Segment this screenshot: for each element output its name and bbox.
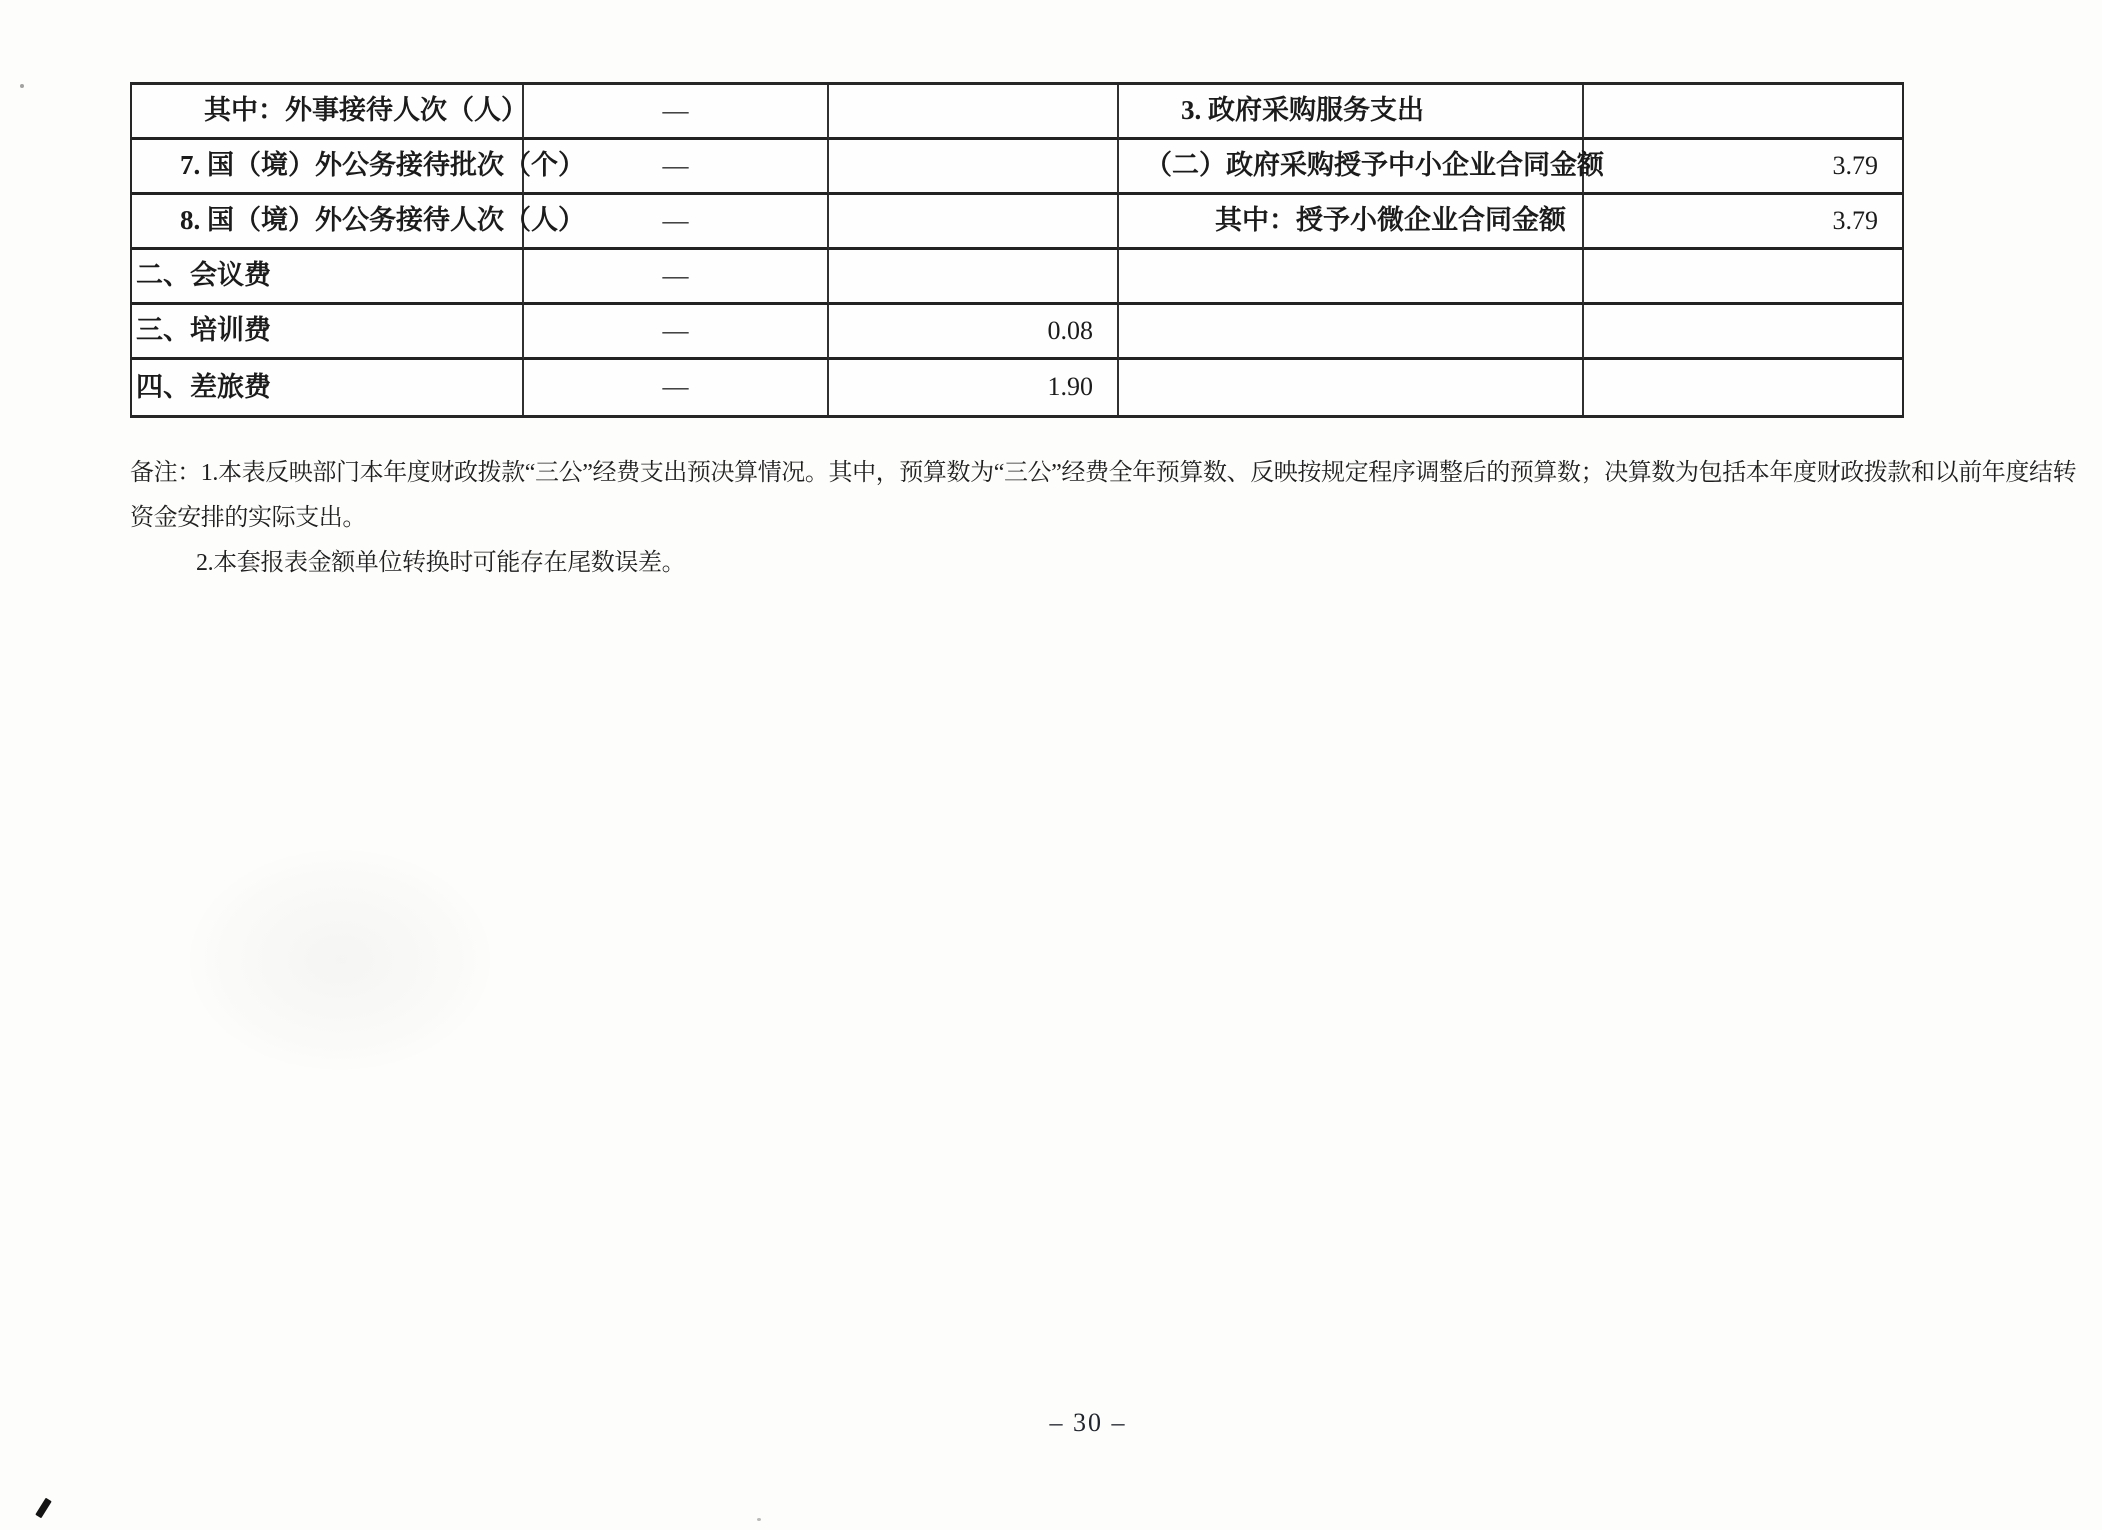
table-cell-procurement-label [1119,250,1584,305]
table-cell-item-label: 其中：外事接待人次（人） [132,85,524,140]
table-cell-amount-value: 3.79 [1584,140,1902,195]
table-cell-budget-value: — [524,250,829,305]
table-cell-amount-value: 3.79 [1584,195,1902,250]
table-cell-final-value: 1.90 [829,360,1119,415]
table-cell-amount-value [1584,360,1902,415]
table-cell-amount-value [1584,250,1902,305]
table-cell-procurement-label: 3. 政府采购服务支出 [1119,85,1584,140]
table-cell-item-label: 四、差旅费 [132,360,524,415]
table-cell-procurement-label: 其中：授予小微企业合同金额 [1119,195,1584,250]
table-cell-budget-value: — [524,195,829,250]
scanned-document-page: 其中：外事接待人次（人） — 3. 政府采购服务支出 7. 国（境）外公务接待批… [0,0,2102,1530]
table-cell-item-label: 7. 国（境）外公务接待批次（个） [132,140,524,195]
note-line-2: 资金安排的实际支出。 [130,497,366,532]
table-cell-budget-value: — [524,85,829,140]
table-cell-final-value [829,195,1119,250]
table-cell-final-value [829,85,1119,140]
table-cell-item-label: 8. 国（境）外公务接待人次（人） [132,195,524,250]
table-cell-final-value [829,140,1119,195]
table-cell-budget-value: — [524,140,829,195]
table-cell-final-value: 0.08 [829,305,1119,360]
three-public-expense-table: 其中：外事接待人次（人） — 3. 政府采购服务支出 7. 国（境）外公务接待批… [130,82,1904,418]
scan-speck-dot [20,84,24,88]
table-cell-final-value [829,250,1119,305]
note-line-1: 备注：1.本表反映部门本年度财政拨款“三公”经费支出预决算情况。其中，预算数为“… [130,452,2076,487]
table-cell-procurement-label [1119,305,1584,360]
table-cell-amount-value [1584,305,1902,360]
table-cell-item-label: 二、会议费 [132,250,524,305]
note-line-3: 2.本套报表金额单位转换时可能存在尾数误差。 [196,542,685,577]
stamp-smudge-artifact [190,850,490,1070]
table-cell-procurement-label: （二）政府采购授予中小企业合同金额 [1119,140,1584,195]
scan-speck-dot [757,1518,761,1521]
table-cell-budget-value: — [524,360,829,415]
page-number: – 30 – [1000,1408,1176,1438]
scan-speck-corner [35,1498,52,1519]
table-cell-amount-value [1584,85,1902,140]
table-cell-procurement-label [1119,360,1584,415]
table-cell-budget-value: — [524,305,829,360]
table-cell-item-label: 三、培训费 [132,305,524,360]
